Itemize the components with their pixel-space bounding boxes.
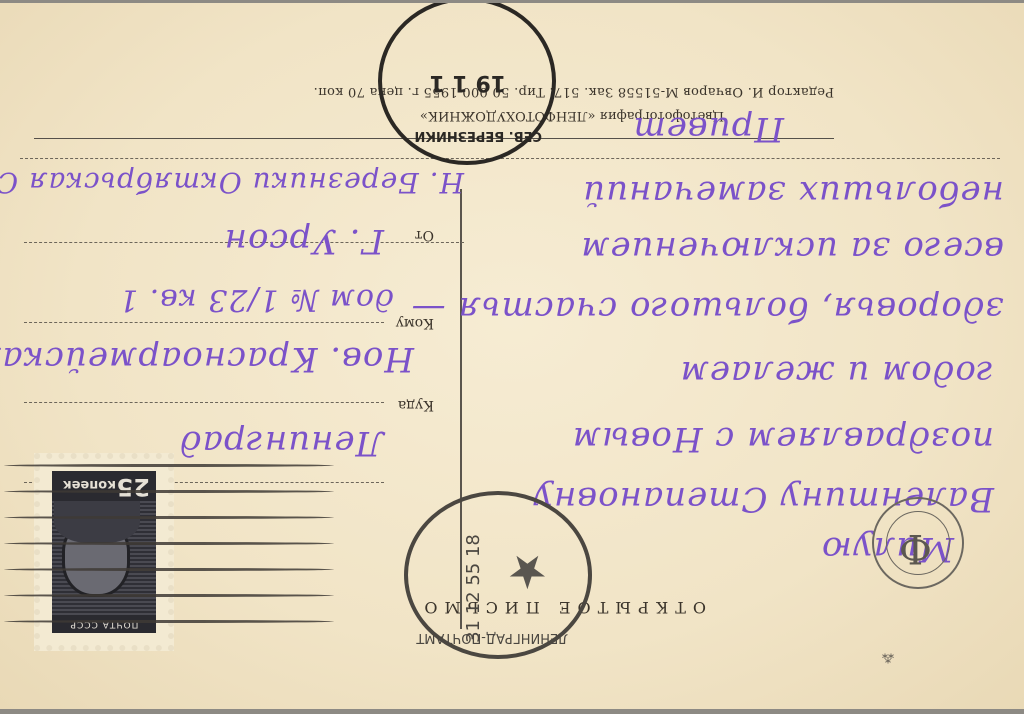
stamp-value: 25 [117,473,150,501]
arrival-postmark-text: СЕВ. БЕРЕЗНИКИ [415,128,543,143]
arrival-postmark: 19 1 1 СЕВ. БЕРЕЗНИКИ [378,3,556,165]
departure-postmark-date: 31 12 55 18 [463,534,484,643]
hand-address-to: Г. Урсон [224,221,384,261]
cancel-line-4 [4,542,334,545]
postcard-back-rotated: Редактор И. Овчаров М-51558 Зак. 517. Ти… [0,3,1024,709]
hand-message-line-3: поздравляем с Новым [572,419,994,459]
address-line-2 [24,322,384,323]
hand-message-line-8: Привет [633,109,784,149]
hand-message-line-5: здоровья, большого счастья — [411,289,1004,329]
sender-line [20,158,1000,159]
hand-address-line: Нов. Красноармейская [0,339,414,379]
hand-address-house: дом № 1/23 кв. 1 [118,282,394,317]
stamp-image: ПОЧТА СССР 25 копеек [52,471,156,633]
hand-message-line-6: всего за исключением [580,229,1004,269]
label-from: От [415,227,434,243]
departure-postmark-text: ЛЕНИНГРАД-ПОЧТАМТ [416,630,568,645]
cancel-line-1 [4,620,334,623]
hand-sender-line: Н. Березники Октябрьская Смотровая [0,166,464,199]
address-line-1 [24,402,384,403]
arrival-postmark-date: 19 1 1 [429,70,506,95]
stamp-denomination: 25 копеек [52,471,156,501]
seal-glyph-icon: Ф [899,525,932,571]
cancel-line-5 [4,516,334,519]
cancel-line-2 [4,594,334,597]
cancel-line-3 [4,568,334,571]
label-where: Куда [398,397,434,413]
hand-message-line-4: годом и желаем [680,353,994,393]
hand-message-line-7: небольших замечаний [582,173,1004,213]
cancel-line-7 [4,464,334,467]
cancel-line-6 [4,490,334,493]
stamp-country: ПОЧТА СССР [52,615,156,633]
publisher-seal: Ф [872,497,964,589]
departure-postmark: 31 12 55 18 ЛЕНИНГРАД-ПОЧТАМТ ★ [404,491,592,659]
postcard: Редактор И. Овчаров М-51558 Зак. 517. Ти… [0,3,1024,709]
hand-address-where: Ленинград [179,423,384,463]
star-icon: ★ [507,549,548,595]
ink-smudge: ⁂ [882,651,894,665]
